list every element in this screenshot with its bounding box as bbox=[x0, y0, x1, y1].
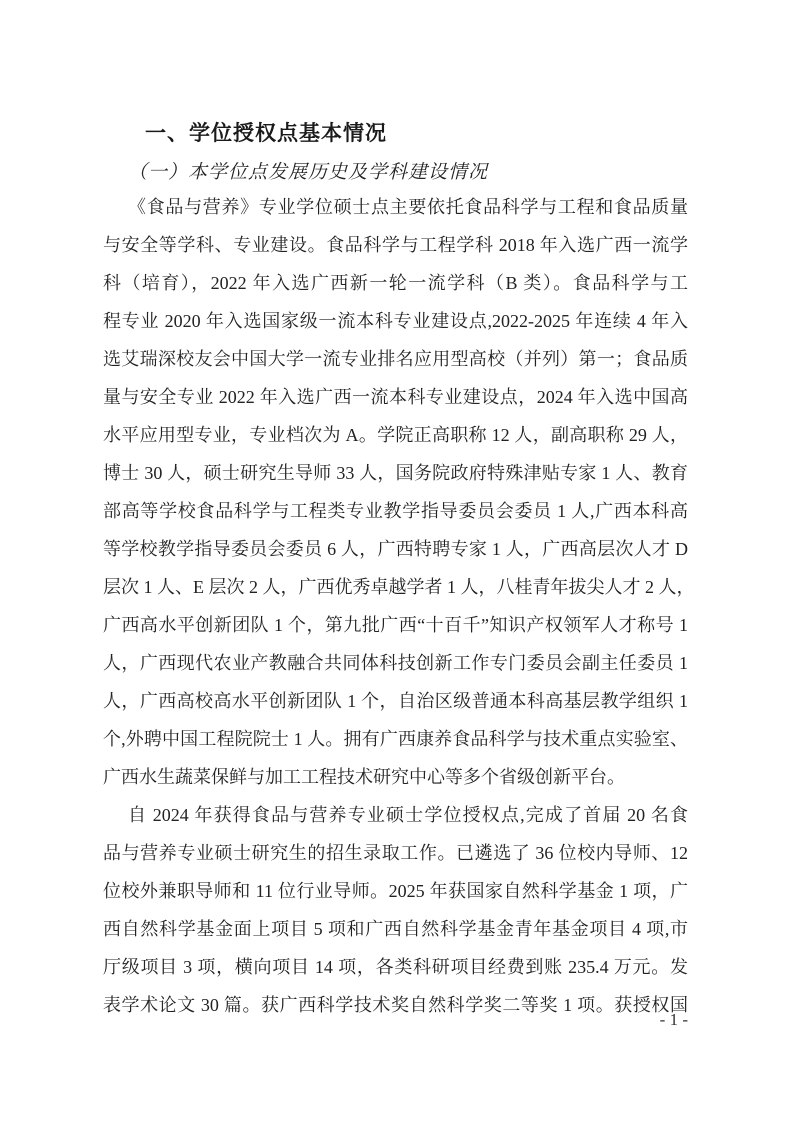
document-content: 一、学位授权点基本情况 （一）本学位点发展历史及学科建设情况 《食品与营养》专业… bbox=[103, 0, 688, 1024]
section-heading: 一、学位授权点基本情况 bbox=[145, 121, 688, 147]
body-line: 人，广西现代农业产教融合共同体科技创新工作专门委员会副主任委员 1 bbox=[103, 644, 688, 682]
body-line: 位校外兼职导师和 11 位行业导师。2025 年获国家自然科学基金 1 项，广 bbox=[103, 872, 688, 910]
body-line: 个,外聘中国工程院院士 1 人。拥有广西康养食品科学与技术重点实验室、 bbox=[103, 720, 688, 758]
body-line: 西自然科学基金面上项目 5 项和广西自然科学基金青年基金项目 4 项,市 bbox=[103, 910, 688, 948]
subsection-heading: （一）本学位点发展历史及学科建设情况 bbox=[128, 160, 688, 186]
body-line: 自 2024 年获得食品与营养专业硕士学位授权点,完成了首届 20 名食 bbox=[103, 796, 688, 834]
body-line: 层次 1 人、E 层次 2 人，广西优秀卓越学者 1 人，八桂青年拔尖人才 2 … bbox=[103, 568, 688, 606]
body-line: 厅级项目 3 项，横向项目 14 项，各类科研项目经费到账 235.4 万元。发 bbox=[103, 948, 688, 986]
body-line: 量与安全专业 2022 年入选广西一流本科专业建设点，2024 年入选中国高 bbox=[103, 378, 688, 416]
document-page: 一、学位授权点基本情况 （一）本学位点发展历史及学科建设情况 《食品与营养》专业… bbox=[0, 0, 794, 1123]
document-body: 《食品与营养》专业学位硕士点主要依托食品科学与工程和食品质量 与安全等学科、专业… bbox=[103, 188, 688, 1024]
body-line: 等学校教学指导委员会委员 6 人，广西特聘专家 1 人，广西高层次人才 D bbox=[103, 530, 688, 568]
body-line: 科（培育），2022 年入选广西新一轮一流学科（B 类）。食品科学与工 bbox=[103, 264, 688, 302]
body-line: 表学术论文 30 篇。获广西科学技术奖自然科学奖二等奖 1 项。获授权国 bbox=[103, 986, 688, 1024]
body-line: 广西水生蔬菜保鲜与加工工程技术研究中心等多个省级创新平台。 bbox=[103, 758, 688, 796]
body-line: 程专业 2020 年入选国家级一流本科专业建设点,2022-2025 年连续 4… bbox=[103, 302, 688, 340]
body-line: 人，广西高校高水平创新团队 1 个，自治区级普通本科高基层教学组织 1 bbox=[103, 682, 688, 720]
body-line: 部高等学校食品科学与工程类专业教学指导委员会委员 1 人,广西本科高 bbox=[103, 492, 688, 530]
body-line: 与安全等学科、专业建设。食品科学与工程学科 2018 年入选广西一流学 bbox=[103, 226, 688, 264]
body-line: 广西高水平创新团队 1 个，第九批广西“十百千”知识产权领军人才称号 1 bbox=[103, 606, 688, 644]
body-line: 博士 30 人，硕士研究生导师 33 人，国务院政府特殊津贴专家 1 人、教育 bbox=[103, 454, 688, 492]
body-line: 《食品与营养》专业学位硕士点主要依托食品科学与工程和食品质量 bbox=[103, 188, 688, 226]
body-line: 品与营养专业硕士研究生的招生录取工作。已遴选了 36 位校内导师、12 bbox=[103, 834, 688, 872]
body-line: 选艾瑞深校友会中国大学一流专业排名应用型高校（并列）第一；食品质 bbox=[103, 340, 688, 378]
body-line: 水平应用型专业，专业档次为 A。学院正高职称 12 人，副高职称 29 人， bbox=[103, 416, 688, 454]
page-number: - 1 - bbox=[660, 1008, 688, 1032]
